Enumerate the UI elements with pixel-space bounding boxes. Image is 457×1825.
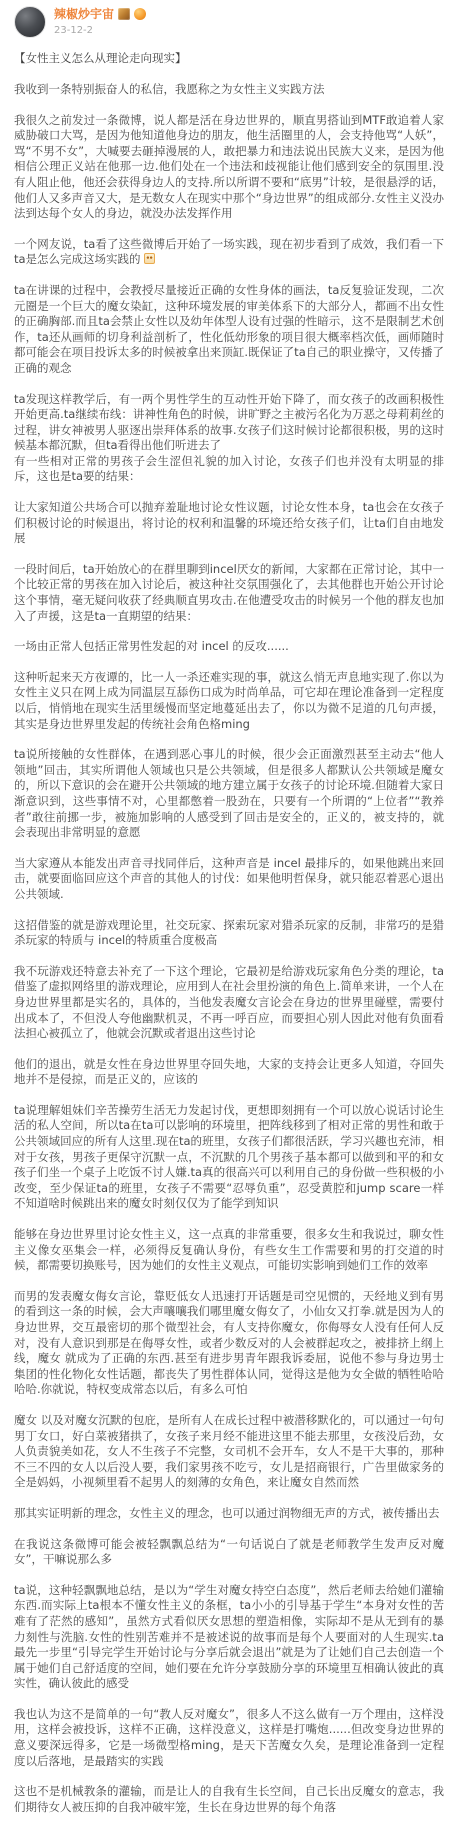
post-paragraph: 一个网友说，ta看了这些微博后开始了一场实践，现在初步看到了成效，我们看一下ta… (14, 237, 444, 268)
emoji-face-badge-icon (134, 8, 146, 20)
post-paragraph: 一段时间后，ta开始放心的在群里聊到incel厌女的新闻，大家都在正常讨论，其中… (14, 562, 444, 624)
user-avatar[interactable] (14, 6, 46, 38)
post-paragraph: ta在讲课的过程中，会教授尽量接近正确的女性身体的画法，ta反复验证发现，二次元… (14, 283, 444, 377)
post-paragraph: 我很久之前发过一条微博，说人都是活在身边世界的，顺直男搭讪到MTF敢追着人家威胁… (14, 113, 444, 222)
post-paragraph: 一场由正常人包括正常男性发起的对 incel 的反攻...... (14, 639, 444, 655)
post-title: 【女性主义怎么从理论走向现实】 (14, 50, 444, 66)
post-paragraph: 有一些相对正常的男孩子会生涩但礼貌的加入讨论，女孩子们也并没有太明显的排斥，这也… (14, 454, 444, 485)
post-paragraph: 当大家遵从本能发出声音寻找同伴后，这种声音是 incel 最排斥的，如果他跳出来… (14, 856, 444, 903)
post-paragraph: 这也不是机械教条的灌输，而是让人的自我有生长空间，自己长出反魔女的意志，我们期待… (14, 1784, 444, 1815)
post-date: 23-12-2 (54, 25, 146, 37)
inline-emoji-icon (144, 253, 155, 264)
paragraph-text: 一个网友说，ta看了这些微博后开始了一场实践，现在初步看到了成效，我们看一下ta… (14, 237, 444, 267)
post-paragraph: 这种听起来天方夜谭的，比一人一杀还难实现的事，就这么悄无声息地实现了.你以为女性… (14, 670, 444, 732)
member-crown-badge-icon (118, 8, 130, 20)
post-header: 辣椒炒宇宙 23-12-2 (14, 6, 444, 38)
post-paragraph: 能够在身边世界里讨论女性主义，这一点真的非常重要，很多女生和我说过，聊女性主义像… (14, 1227, 444, 1274)
post-paragraph: 让大家知道公共场合可以抛弃羞耻地讨论女性议题，讨论女性本身，ta也会在女孩子们积… (14, 500, 444, 547)
user-info: 辣椒炒宇宙 23-12-2 (54, 6, 146, 37)
post-paragraph: ta说，这种轻飘飘地总结，是以为“学生对魔女持空白态度”，然后老师去给她们灌输东… (14, 1583, 444, 1692)
post-paragraph: 他们的退出，就是女性在身边世界里夺回失地，大家的支持会让更多人知道，夺回失地并不… (14, 1057, 444, 1088)
post-paragraph: 我不玩游戏还特意去补充了一下这个理论，它最初是给游戏玩家角色分类的理论，ta借鉴… (14, 964, 444, 1042)
post-paragraph: 这招借鉴的就是游戏理论里，社交玩家、探索玩家对猎杀玩家的反制，非常巧的是猎杀玩家… (14, 918, 444, 949)
post-paragraph: 我也认为这不是简单的一句“教人反对魔女”，很多人不这么做有一万个理由，这样没用，… (14, 1707, 444, 1769)
post-paragraph: 而男的发表魔女侮女言论，靠贬低女人迅速打开话题是司空见惯的，天经地义到有男的看到… (14, 1289, 444, 1398)
post-paragraph: ta说所接触的女性群体，在遇到恶心事儿的时候，很少会正面激烈甚至主动去“他人领地… (14, 747, 444, 841)
post-paragraph: 魔女 以及对魔女沉默的包庇，是所有人在成长过程中被潜移默化的，可以通过一句句男丁… (14, 1413, 444, 1491)
username[interactable]: 辣椒炒宇宙 (54, 7, 114, 21)
post-paragraph: 那其实证明新的理念，女性主义的理念，也可以通过润物细无声的方式，被传播出去 (14, 1506, 444, 1522)
post-paragraph: ta发现这样教学后，有一两个男性学生的互动性开始下降了，而女孩子的改画积极性开始… (14, 392, 444, 454)
post-paragraph: 我收到一条特别振奋人的私信，我愿称之为女性主义实践方法 (14, 82, 444, 98)
post-paragraph: ta说理解姐妹们辛苦操劳生活无力发起讨伐，更想即刻拥有一个可以放心说话讨论生活的… (14, 1103, 444, 1212)
weibo-post: 辣椒炒宇宙 23-12-2 【女性主义怎么从理论走向现实】 我收到一条特别振奋人… (0, 0, 457, 1825)
post-paragraph: 在我说这条微博可能会被轻飘飘总结为“一句话说白了就是老师教学生发声反对魔女”，干… (14, 1537, 444, 1568)
